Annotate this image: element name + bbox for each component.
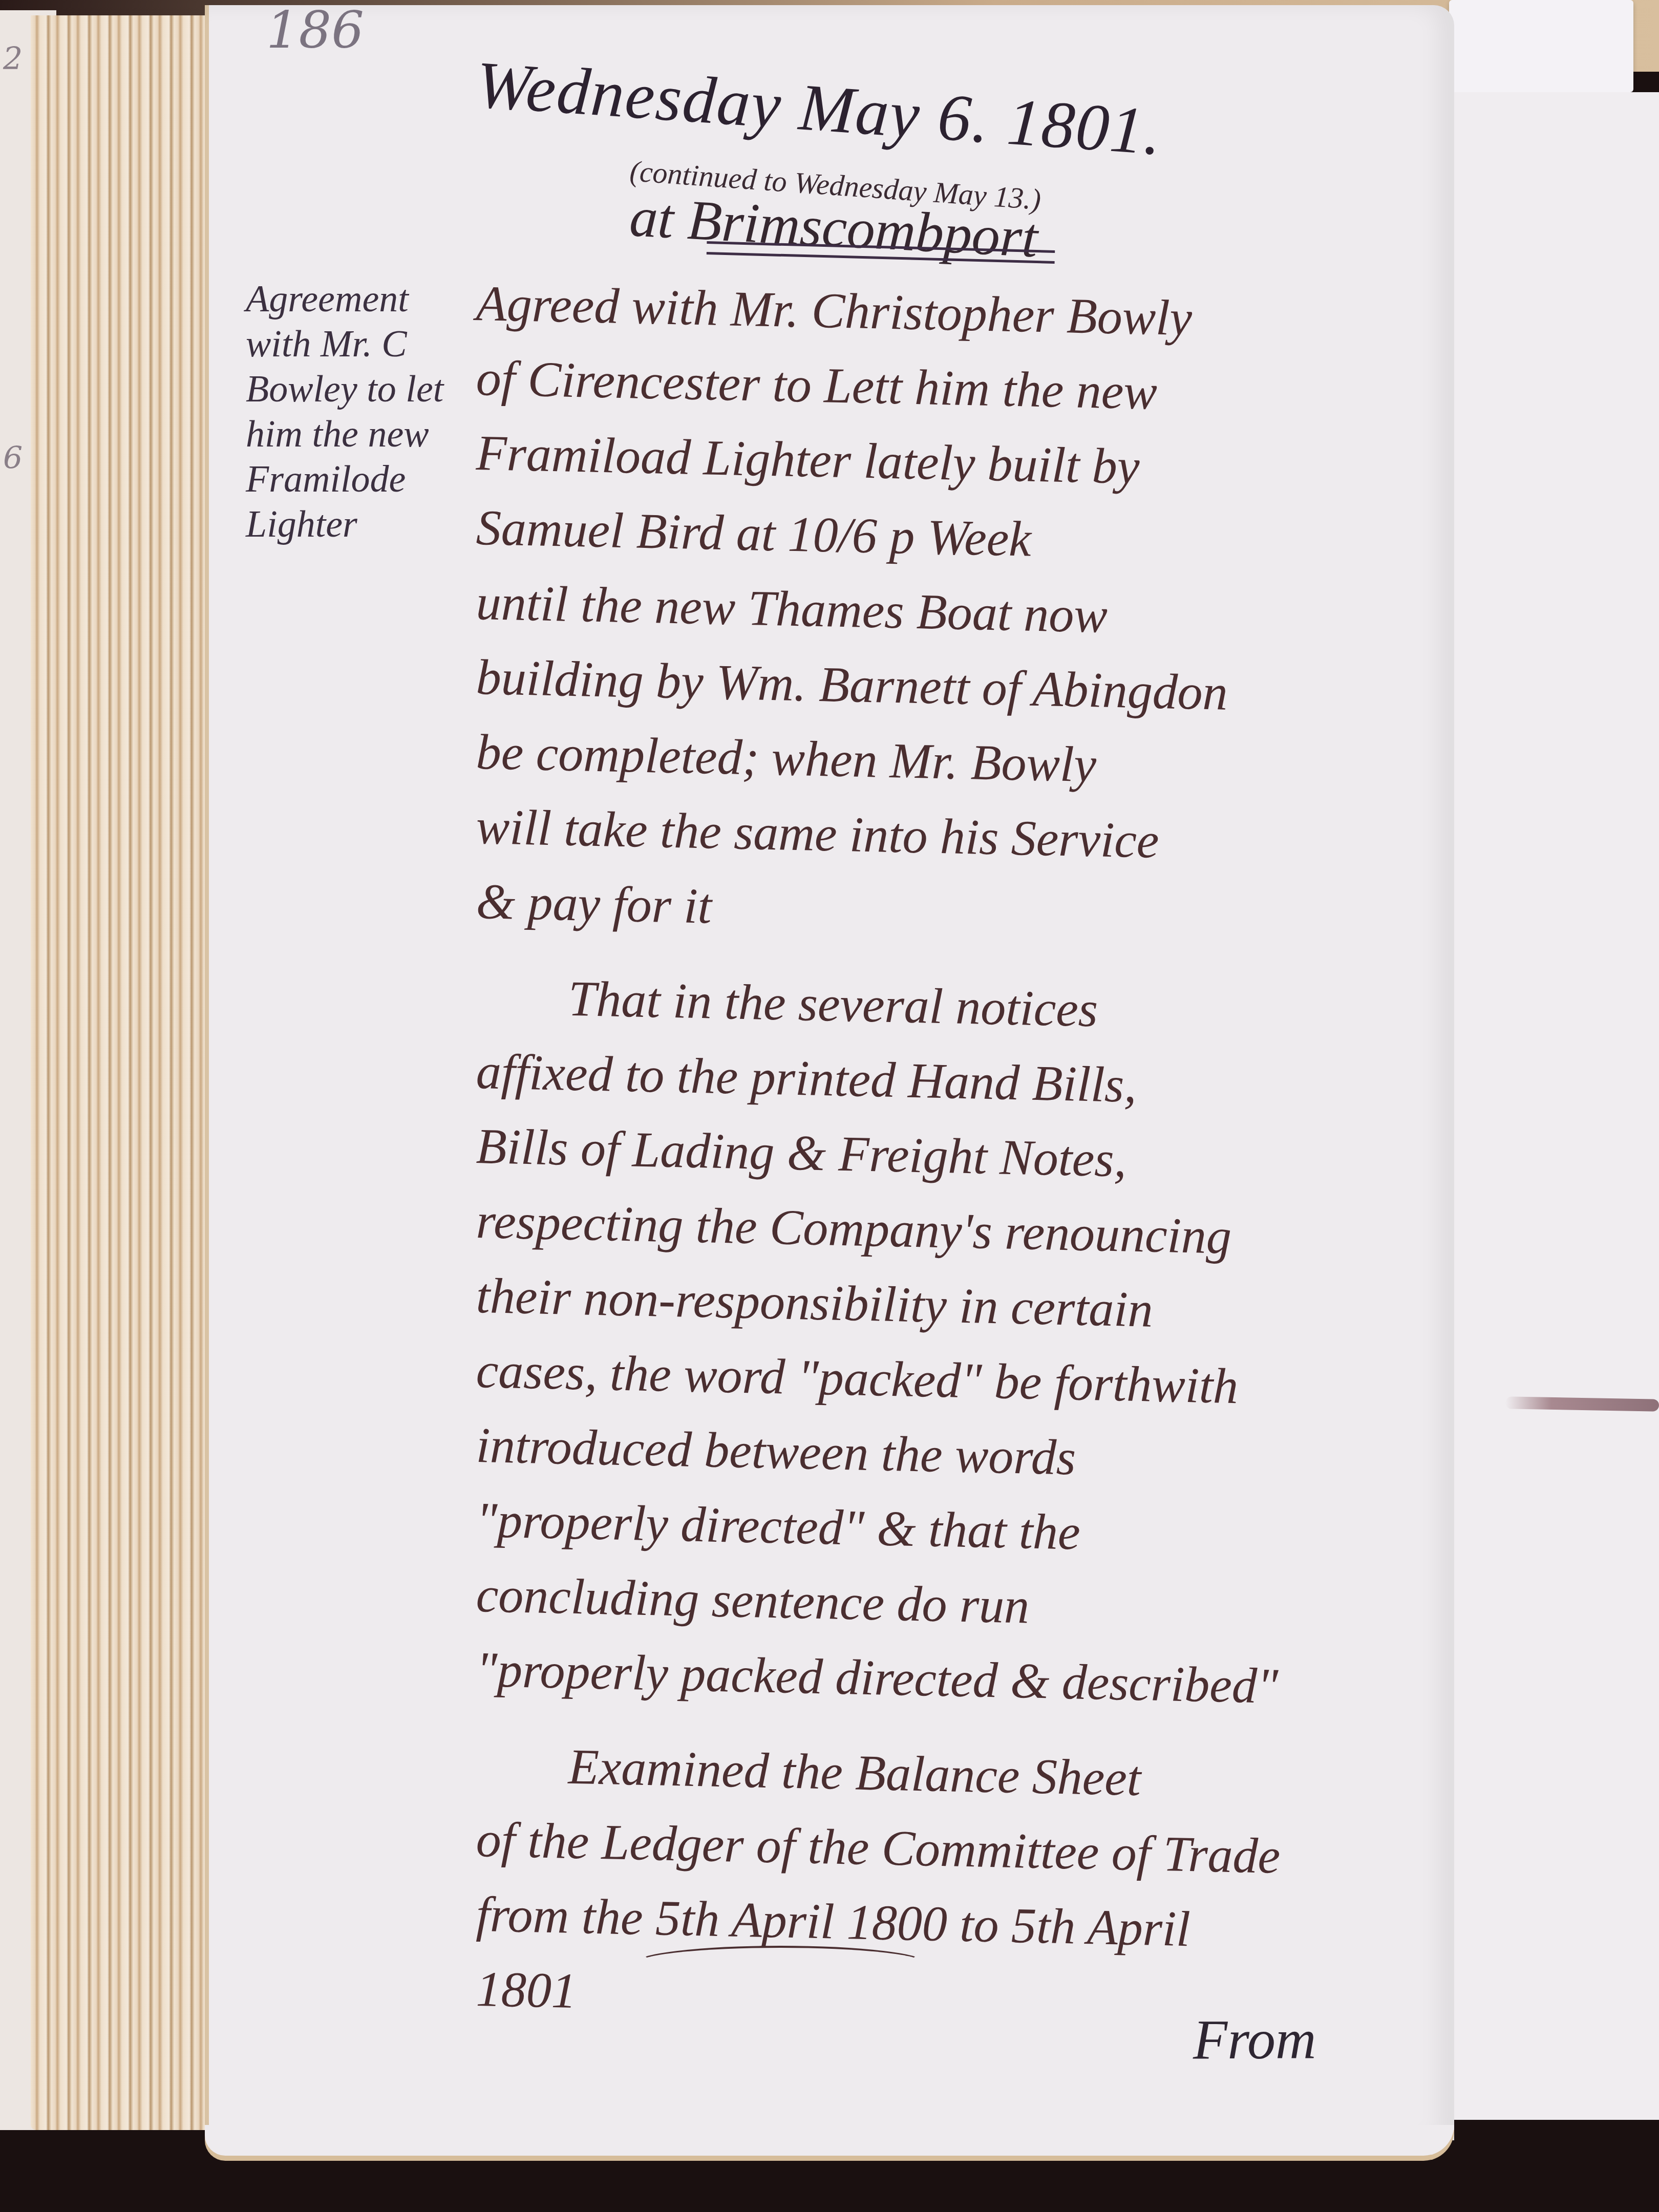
- margin-note: Agreement with Mr. C Bowley to let him t…: [246, 276, 502, 547]
- folio-number: 186: [266, 0, 364, 60]
- left-fragment-text: 2: [3, 41, 23, 77]
- margin-note-line: Lighter: [246, 502, 502, 547]
- margin-note-line: Bowley to let: [246, 367, 502, 412]
- paragraph-notices-amendment: That in the several notices affixed to t…: [476, 960, 1439, 1707]
- right-page: [1429, 92, 1659, 2120]
- bookmark-tab: [1449, 0, 1633, 92]
- paragraph-balance-sheet: Examined the Balance Sheet of the Ledger…: [476, 1728, 1439, 2027]
- margin-note-line: Framilode: [246, 457, 502, 502]
- margin-note-line: him the new: [246, 412, 502, 457]
- margin-note-line: Agreement: [246, 276, 502, 322]
- minute-body: Agreed with Mr. Christopher Bowly of Cir…: [476, 266, 1439, 2027]
- left-fragment-text: 6: [3, 440, 23, 476]
- paragraph-bowly-agreement: Agreed with Mr. Christopher Bowly of Cir…: [476, 266, 1439, 939]
- margin-note-line: with Mr. C: [246, 322, 502, 367]
- closing-flourish: [635, 1946, 926, 1981]
- catchword: From: [1193, 2007, 1316, 2072]
